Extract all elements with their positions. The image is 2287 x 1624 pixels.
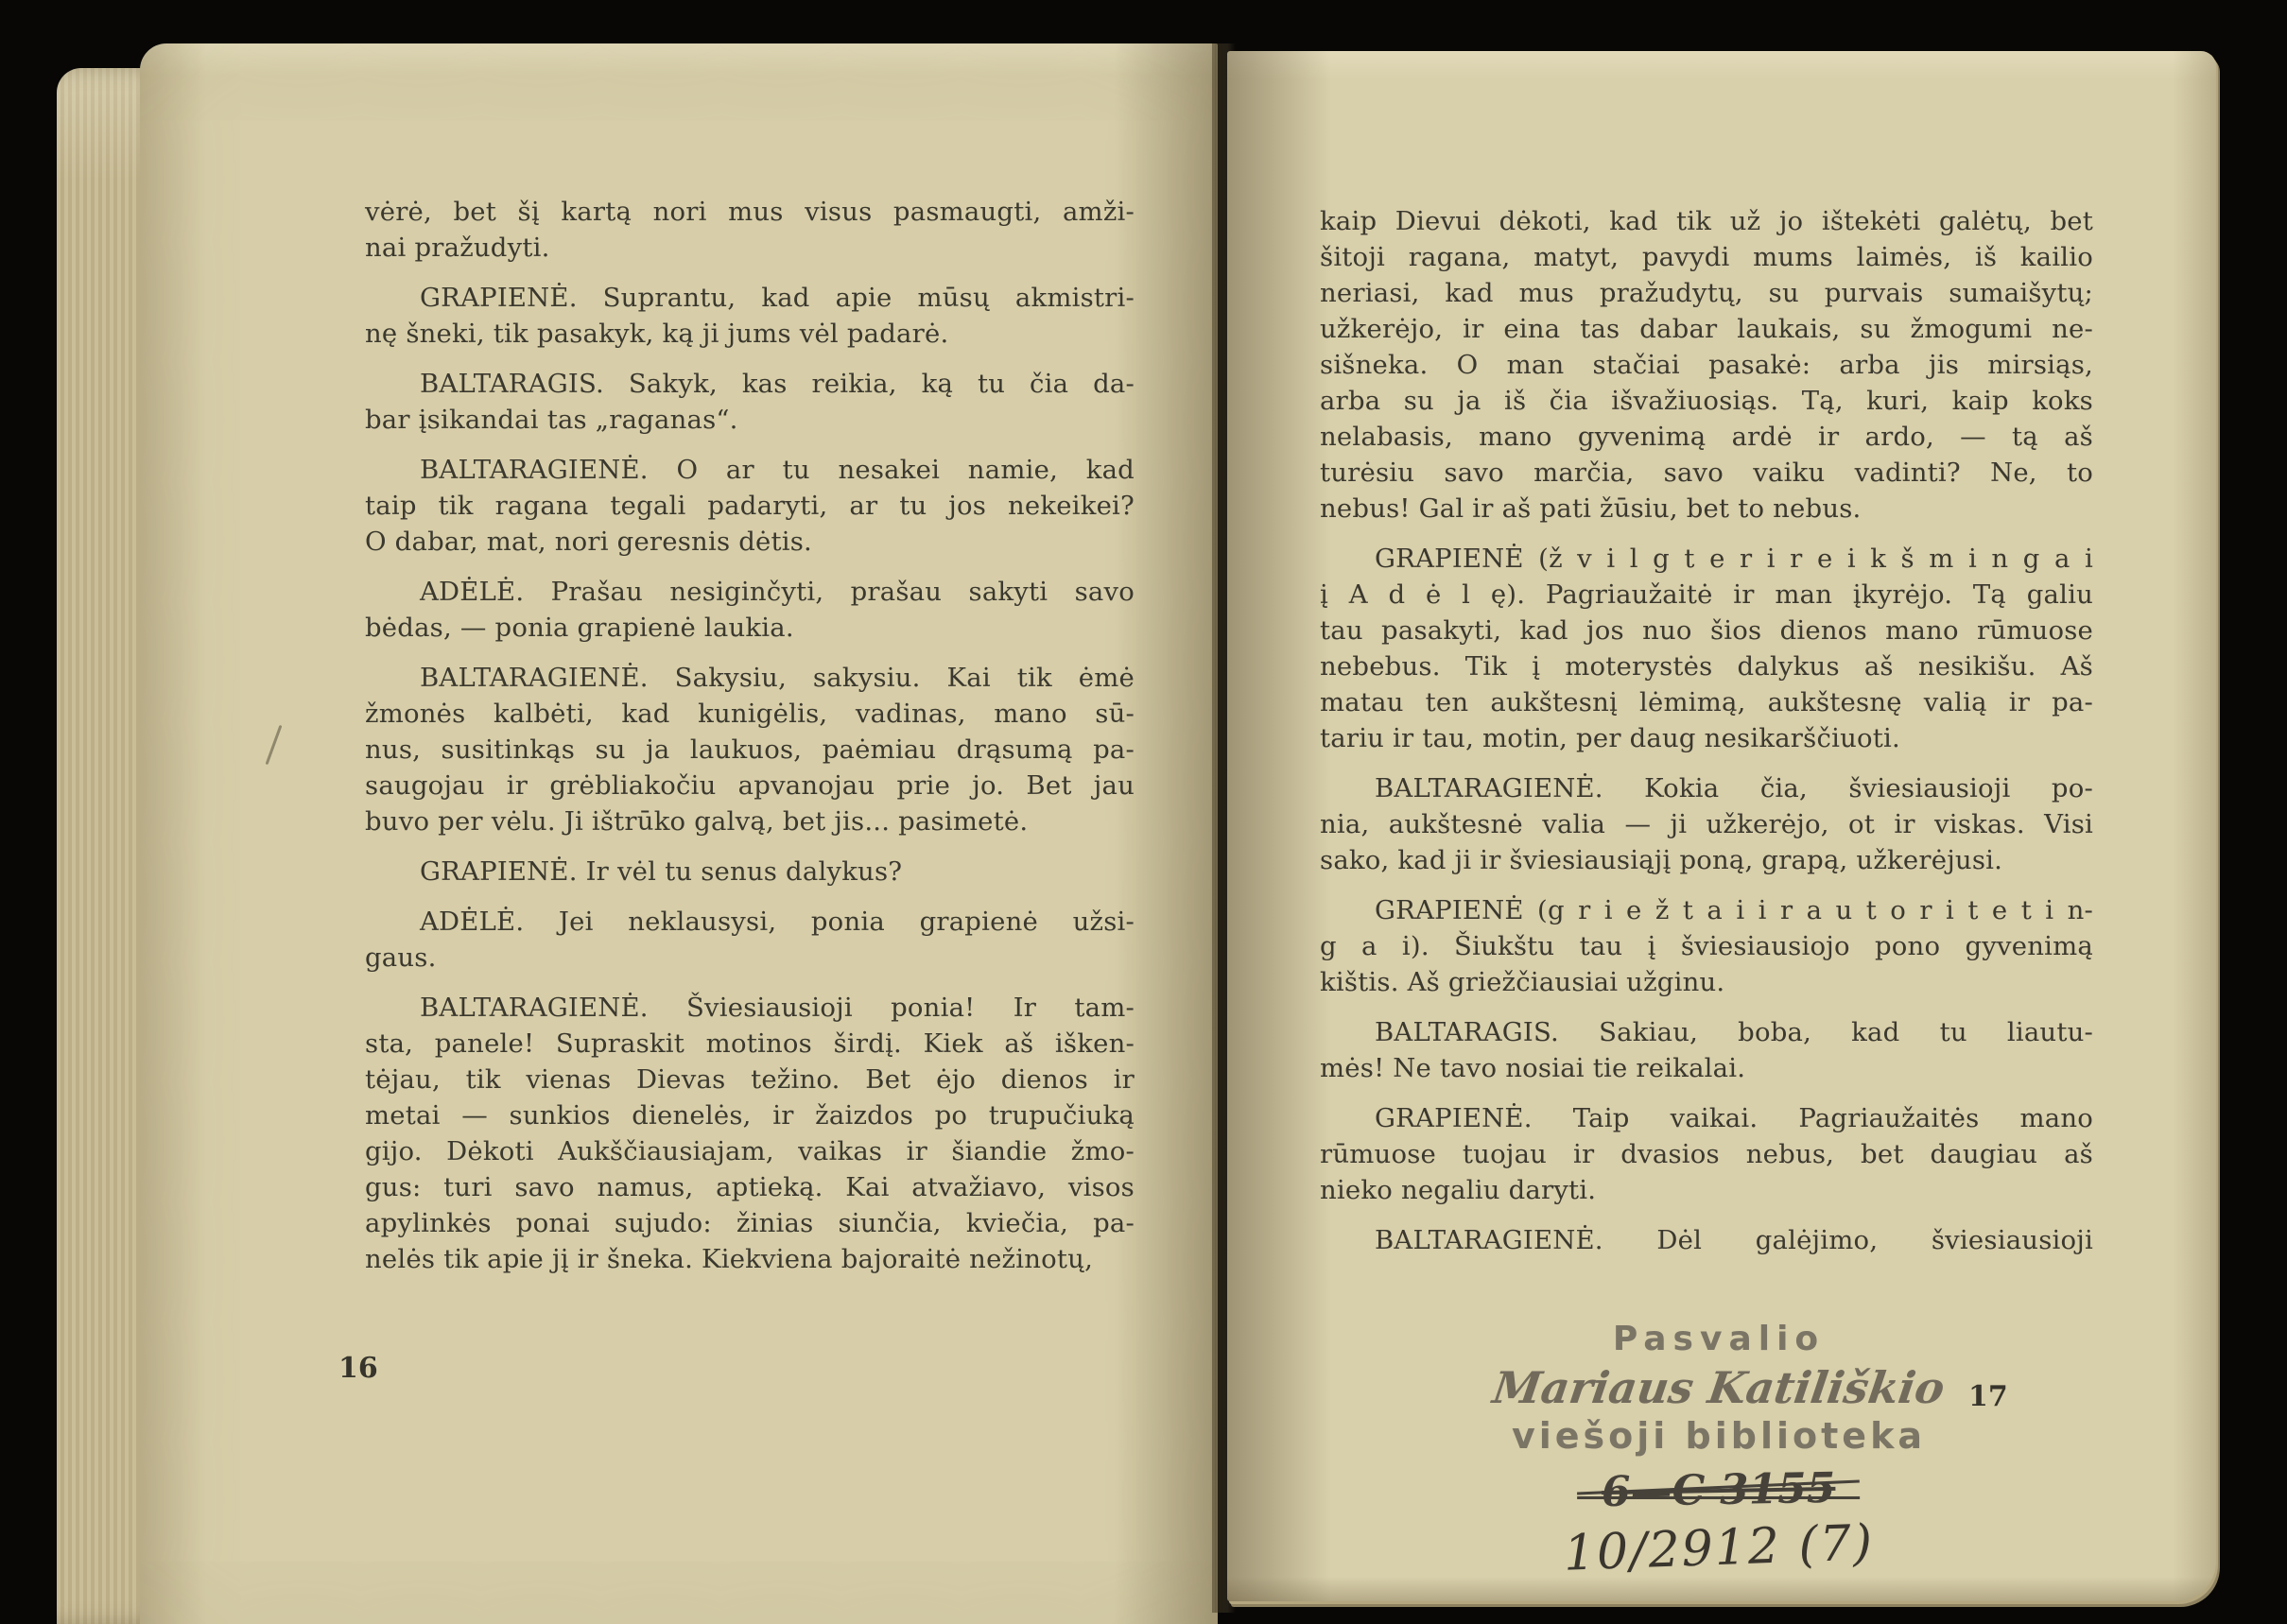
paragraph: BALTARAGIENĖ. Šviesiausioji ponia! Ir ta… xyxy=(365,990,1135,1277)
text-line: metai — sunkios dienelės, ir žaizdos po … xyxy=(365,1097,1135,1133)
paragraph: BALTARAGIENĖ. Sakysiu, sakysiu. Kai tik … xyxy=(365,660,1135,839)
paragraph: BALTARAGIENĖ. Kokia čia, šviesiausioji p… xyxy=(1320,770,2093,878)
stamp-library-name: Mariaus Katiliškio xyxy=(1469,1362,1968,1413)
text-line: nieko negaliu daryti. xyxy=(1320,1172,2093,1208)
text-line: neriasi, kad mus pražudytų, su purvais s… xyxy=(1320,275,2093,311)
text-line: rūmuose tuojau ir dvasios nebus, bet dau… xyxy=(1320,1136,2093,1172)
left-page: vėrė, bet šį kartą nori mus visus pasmau… xyxy=(140,43,1218,1624)
text-line: taip tik ragana tegali padaryti, ar tu j… xyxy=(365,488,1135,524)
text-line: buvo per vėlu. Ji ištrūko galvą, bet jis… xyxy=(365,803,1135,839)
text-line: arba su ja iš čia išvažiuosiąs. Tą, kuri… xyxy=(1320,383,2093,419)
paragraph: GRAPIENĖ. Taip vaikai. Pagriaužaitės man… xyxy=(1320,1100,2093,1208)
text-line: nai pražudyti. xyxy=(365,230,1135,266)
text-line: žmonės kalbėti, kad kunigėlis, vadinas, … xyxy=(365,696,1135,732)
text-line: BALTARAGIENĖ. Sakysiu, sakysiu. Kai tik … xyxy=(365,660,1135,696)
paragraph: vėrė, bet šį kartą nori mus visus pasmau… xyxy=(365,194,1135,266)
text-line: O dabar, mat, nori geresnis dėtis. xyxy=(365,524,1135,560)
text-line: nia, aukštesnė valia — ji užkerėjo, ot i… xyxy=(1320,806,2093,842)
text-line: bėdas, — ponia grapienė laukia. xyxy=(365,610,1135,646)
book-scan: vėrė, bet šį kartą nori mus visus pasmau… xyxy=(0,0,2287,1624)
text-line: turėsiu savo marčia, savo vaiku vadinti?… xyxy=(1320,455,2093,491)
text-line: matau ten aukštesnį lėmimą, aukštesnę va… xyxy=(1320,684,2093,720)
text-line: GRAPIENĖ (g r i e ž t a i i r a u t o r … xyxy=(1320,892,2093,928)
text-line: BALTARAGIS. Sakyk, kas reikia, ką tu čia… xyxy=(365,366,1135,402)
text-line: GRAPIENĖ. Suprantu, kad apie mūsų akmist… xyxy=(365,280,1135,316)
paragraph: BALTARAGIENĖ. O ar tu nesakei namie, kad… xyxy=(365,452,1135,560)
text-line: BALTARAGIENĖ. O ar tu nesakei namie, kad xyxy=(365,452,1135,488)
paragraph: BALTARAGIENĖ. Dėl galėjimo, šviesiausioj… xyxy=(1320,1222,2093,1258)
text-line: nelės tik apie jį ir šneka. Kiekviena ba… xyxy=(365,1241,1135,1277)
text-line: BALTARAGIENĖ. Šviesiausioji ponia! Ir ta… xyxy=(365,990,1135,1026)
paragraph: BALTARAGIS. Sakiau, boba, kad tu liautu-… xyxy=(1320,1014,2093,1086)
page-number-right: 17 xyxy=(1968,1380,2008,1413)
paragraph: GRAPIENĖ (g r i e ž t a i i r a u t o r … xyxy=(1320,892,2093,1000)
page-number-left: 16 xyxy=(338,1352,378,1385)
text-line: apylinkės ponai sujudo: žinias siunčia, … xyxy=(365,1205,1135,1241)
text-line: BALTARAGIENĖ. Kokia čia, šviesiausioji p… xyxy=(1320,770,2093,806)
text-line: nelabasis, mano gyvenimą ardė ir ardo, —… xyxy=(1320,419,2093,455)
text-line: nę šneki, tik pasakyk, ką ji jums vėl pa… xyxy=(365,316,1135,352)
text-line: tėjau, tik vienas Dievas težino. Bet ėjo… xyxy=(365,1062,1135,1097)
text-line: vėrė, bet šį kartą nori mus visus pasmau… xyxy=(365,194,1135,230)
text-line: ADĖLĖ. Jei neklausysi, ponia grapienė už… xyxy=(365,904,1135,940)
text-line: saugojau ir grėbliakočiu apvanojau prie … xyxy=(365,768,1135,803)
stamp-library-type: viešoji biblioteka xyxy=(1473,1415,1965,1457)
text-line: ADĖLĖ. Prašau nesiginčyti, prašau sakyti… xyxy=(365,574,1135,610)
text-line: BALTARAGIS. Sakiau, boba, kad tu liautu- xyxy=(1320,1014,2093,1050)
text-line: GRAPIENĖ. Ir vėl tu senus dalykus? xyxy=(365,854,1135,890)
library-stamp: Pasvalio Mariaus Katiliškio viešoji bibl… xyxy=(1473,1320,1965,1577)
text-line: GRAPIENĖ (ž v i l g t e r i r e i k š m … xyxy=(1320,541,2093,577)
text-line: mės! Ne tavo nosiai tie reikalai. xyxy=(1320,1050,2093,1086)
text-line: bar įsikandai tas „raganas“. xyxy=(365,402,1135,438)
text-line: gus: turi savo namus, aptieką. Kai atvaž… xyxy=(365,1169,1135,1205)
text-line: nebus! Gal ir aš pati žūsiu, bet to nebu… xyxy=(1320,491,2093,527)
text-line: tariu ir tau, motin, per daug nesikaršči… xyxy=(1320,720,2093,756)
paragraph: GRAPIENĖ. Suprantu, kad apie mūsų akmist… xyxy=(365,280,1135,352)
paragraph: GRAPIENĖ. Ir vėl tu senus dalykus? xyxy=(365,854,1135,890)
text-line: gaus. xyxy=(365,940,1135,976)
text-line: užkerėjo, ir eina tas dabar laukais, su … xyxy=(1320,311,2093,347)
text-line: šitoji ragana, matyt, pavydi mums laimės… xyxy=(1320,239,2093,275)
left-page-text: vėrė, bet šį kartą nori mus visus pasmau… xyxy=(365,194,1135,1291)
pen-mark xyxy=(266,725,283,765)
text-line: sišneka. O man stačiai pasakė: arba jis … xyxy=(1320,347,2093,383)
paragraph: ADĖLĖ. Prašau nesiginčyti, prašau sakyti… xyxy=(365,574,1135,646)
text-line: tau pasakyti, kad jos nuo šios dienos ma… xyxy=(1320,613,2093,648)
paragraph: ADĖLĖ. Jei neklausysi, ponia grapienė už… xyxy=(365,904,1135,976)
text-line: į A d ė l ę). Pagriaužaitė ir man įkyrėj… xyxy=(1320,577,2093,613)
text-line: GRAPIENĖ. Taip vaikai. Pagriaužaitės man… xyxy=(1320,1100,2093,1136)
text-line: g a i). Šiukštu tau į šviesiausiojo pono… xyxy=(1320,928,2093,964)
text-line: gijo. Dėkoti Aukščiausiajam, vaikas ir š… xyxy=(365,1133,1135,1169)
text-line: nebebus. Tik į moterystės dalykus aš nes… xyxy=(1320,648,2093,684)
text-line: sta, panele! Supraskit motinos širdį. Ki… xyxy=(365,1026,1135,1062)
text-line: nus, susitinkąs su ja laukuos, paėmiau d… xyxy=(365,732,1135,768)
paragraph: BALTARAGIS. Sakyk, kas reikia, ką tu čia… xyxy=(365,366,1135,438)
text-line: sako, kad ji ir šviesiausiąjį poną, grap… xyxy=(1320,842,2093,878)
right-page: kaip Dievui dėkoti, kad tik už jo ištekė… xyxy=(1227,51,2216,1601)
paragraph: kaip Dievui dėkoti, kad tik už jo ištekė… xyxy=(1320,203,2093,527)
paragraph: GRAPIENĖ (ž v i l g t e r i r e i k š m … xyxy=(1320,541,2093,756)
crossed-out-inventory-number: 6—C 3155 xyxy=(1602,1464,1836,1516)
stamp-city: Pasvalio xyxy=(1473,1320,1965,1358)
text-line: kištis. Aš griežčiausiai užginu. xyxy=(1320,964,2093,1000)
text-line: BALTARAGIENĖ. Dėl galėjimo, šviesiausioj… xyxy=(1320,1222,2093,1258)
right-page-text: kaip Dievui dėkoti, kad tik už jo ištekė… xyxy=(1320,203,2093,1272)
text-line: kaip Dievui dėkoti, kad tik už jo ištekė… xyxy=(1320,203,2093,239)
handwritten-inventory-number: 10/2912 (7) xyxy=(1472,1512,1966,1585)
